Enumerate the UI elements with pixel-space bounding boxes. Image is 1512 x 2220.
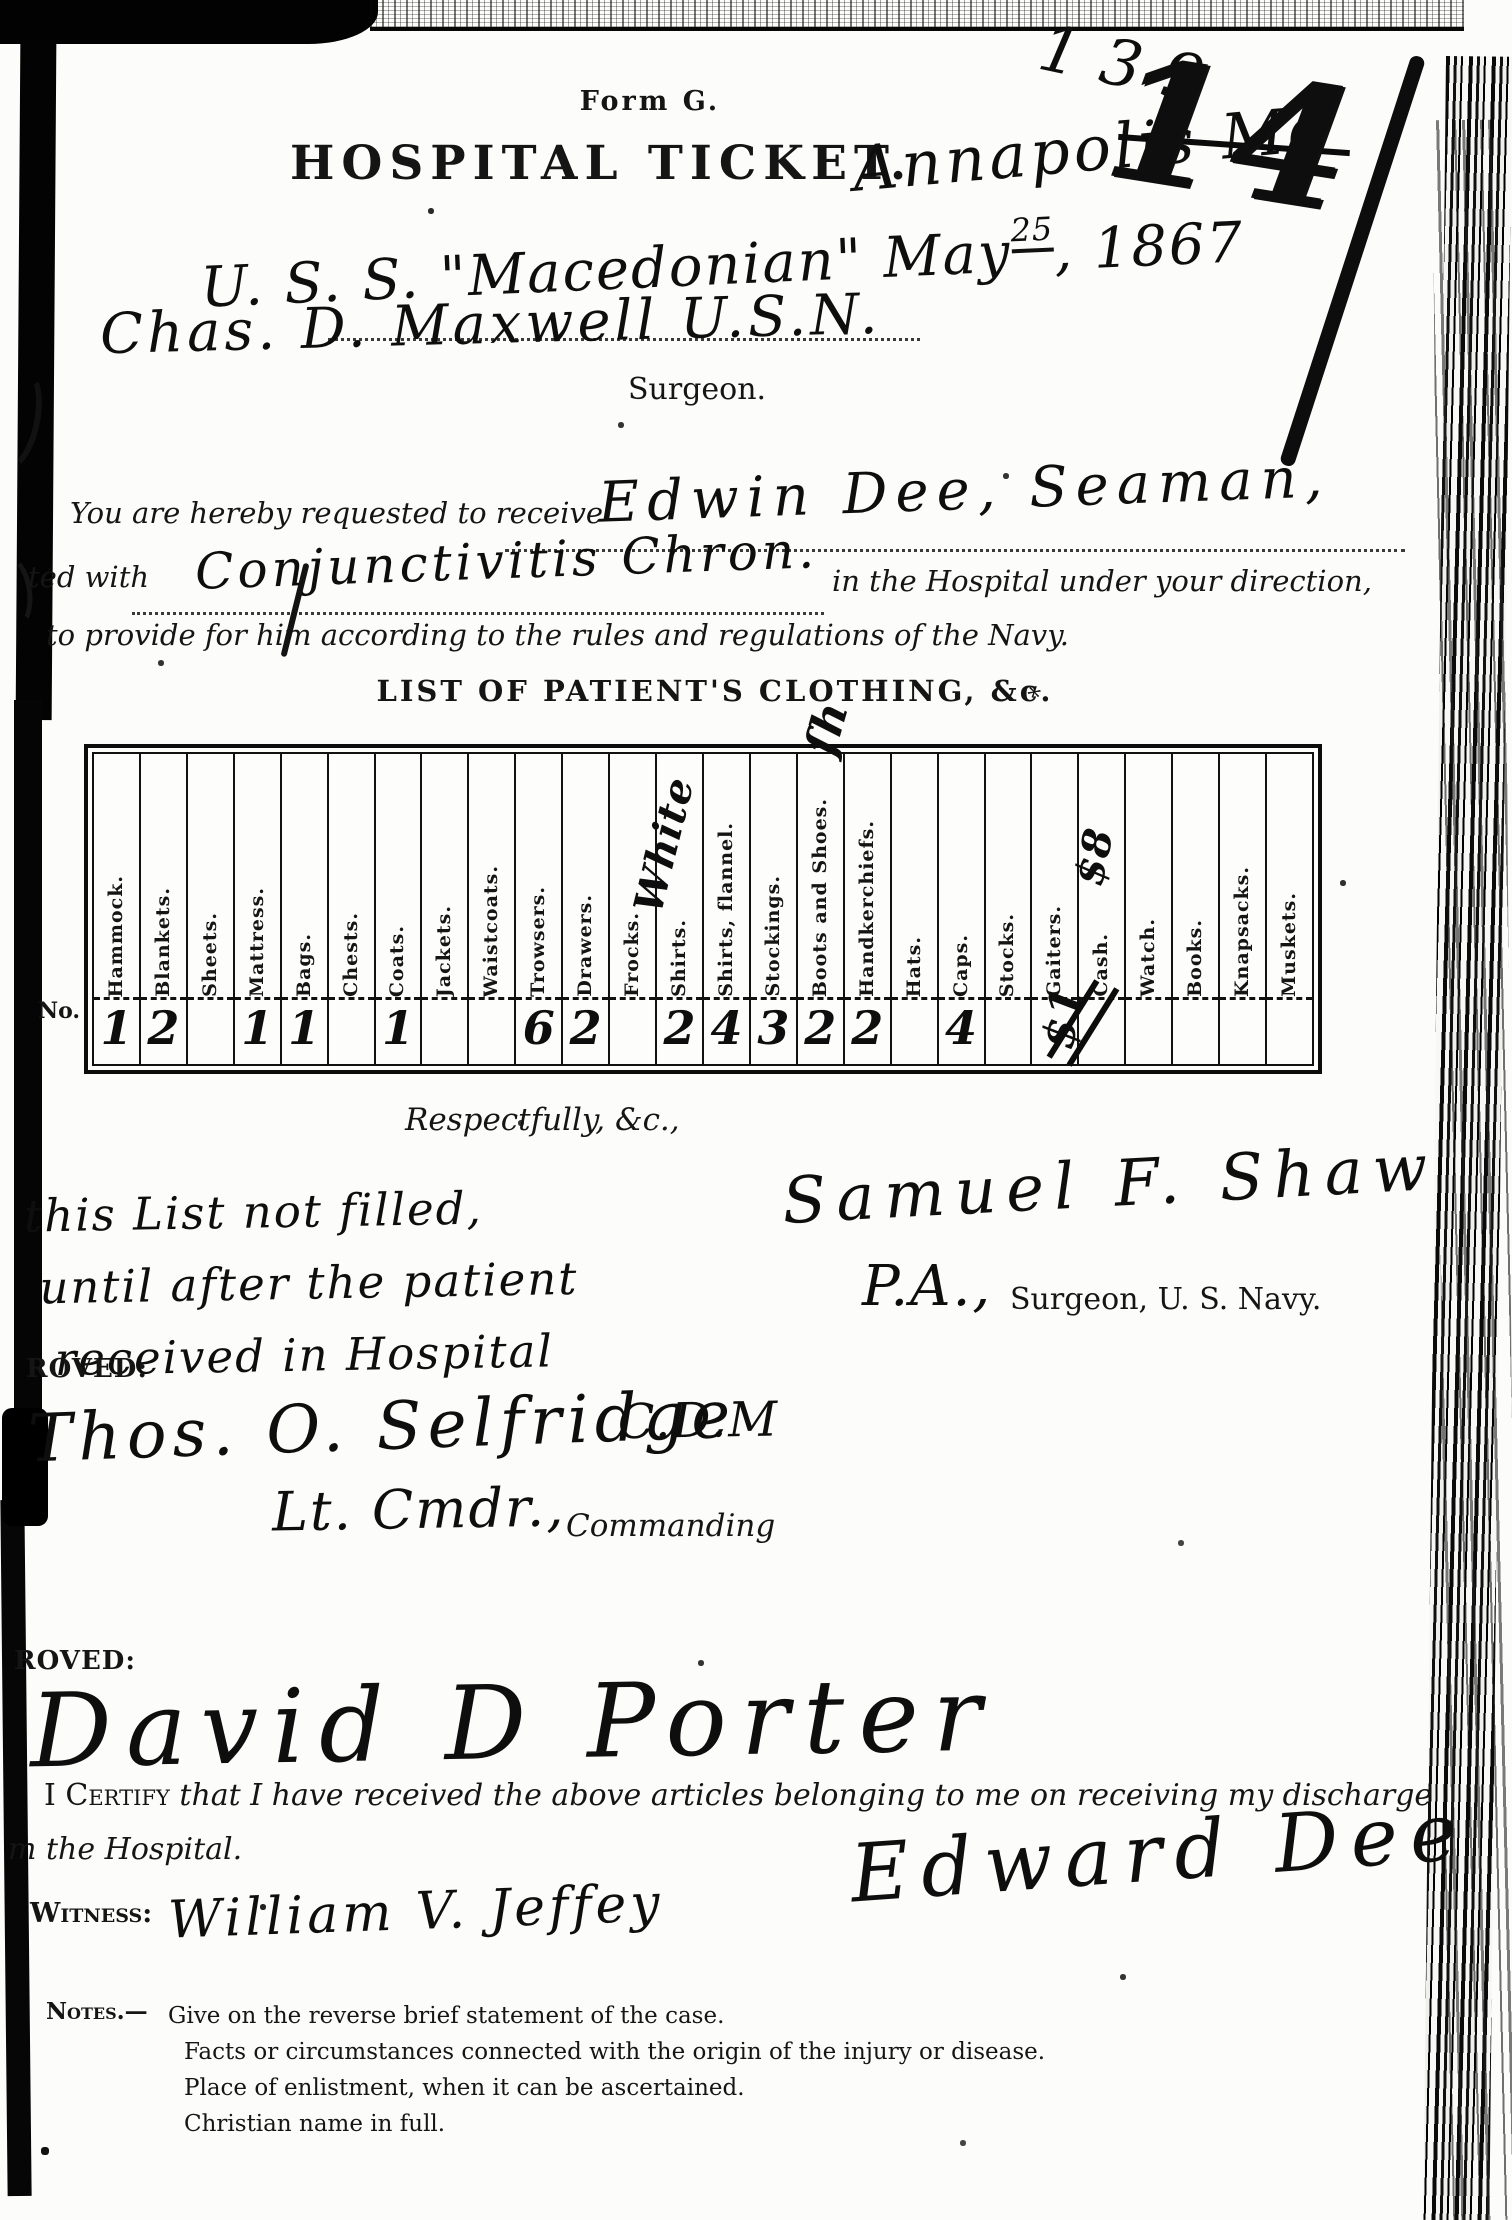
request-line3: to provide for him according to the rule… [46,618,1069,652]
clothing-column-value [1173,997,1218,1064]
clothing-table-columns: Hammock. 1 Blankets. 2 Sheets. [92,752,1314,1066]
surgeon-rank-handwritten: P.A., [862,1254,992,1319]
form-label: Form G. [520,86,780,117]
clothing-column: Books. [1173,754,1220,1064]
witness-signature: William V. Jeffey [167,1873,664,1950]
clothing-column-value [188,997,233,1064]
clothing-column-header: Stocks. [986,754,1031,997]
clothing-column: Knapsacks. [1220,754,1267,1064]
clothing-column: Coats. 1 [376,754,423,1064]
clothing-column-label: Mattress. [248,881,267,997]
notes-line: Christian name in full. [184,2106,1045,2142]
clothing-column: Stockings. 3 [751,754,798,1064]
clothing-column-header: Jackets. [422,754,467,997]
clothing-column-value: 1 [94,997,139,1064]
page-title: HOSPITAL TICKET. [290,136,913,191]
clothing-column-label: Drawers. [576,888,595,997]
clothing-column-header: Sheets. [188,754,233,997]
approved-label: ROVED: [26,1354,148,1384]
clothing-column-label: Stockings. [764,869,783,997]
clothing-table: Hammock. 1 Blankets. 2 Sheets. [84,744,1322,1074]
fill-in-line [132,612,824,615]
page-edges-band-overlay [1433,120,1512,2220]
clothing-column-header: Blankets. [141,754,186,997]
clothing-column-header: Drawers. [563,754,608,997]
clothing-column-header: Coats. [376,754,421,997]
request-line1-printed: You are hereby requested to receive [70,496,603,530]
clothing-column-value: 1 [376,997,421,1064]
clothing-column-header: Handkerchiefs. [845,754,890,997]
clothing-column-value [1126,997,1171,1064]
notes-label: Notes.— [46,1998,148,2025]
clothing-column-value: 1 [282,997,327,1064]
clothing-column-value: 4 [704,997,749,1064]
clothing-column-label: Waistcoats. [482,859,501,997]
clothing-column: Jackets. [422,754,469,1064]
clothing-column: Bags. 1 [282,754,329,1064]
clothing-column-label: Trowsers. [529,880,548,997]
clothing-column-value: 2 [657,997,702,1064]
clothing-column-value [610,997,655,1064]
clothing-column-label: Caps. [952,928,971,997]
scan-corner-blob [0,0,378,44]
clothing-column-label: Jackets. [435,899,454,997]
clothing-column: Handkerchiefs. 2 [845,754,892,1064]
clothing-column-value: 2 [563,997,608,1064]
clothing-column-value: 3 [751,997,796,1064]
clothing-column-label: Shirts. [670,913,689,997]
clothing-column: Trowsers. 6 [516,754,563,1064]
clothing-column: Watch. [1126,754,1173,1064]
scan-noise-specks [0,0,2,2]
marginal-note-line: until after the patient [39,1239,778,1324]
clothing-column-label: Stocks. [998,907,1017,997]
clothing-column: Blankets. 2 [141,754,188,1064]
clothing-column-header: Knapsacks. [1220,754,1265,997]
table-row-label: No. [38,998,80,1024]
clothing-column-value: 4 [939,997,984,1064]
handwritten-patient-name: Edwin Dee, Seaman, [597,445,1331,536]
clothing-column-value: 2 [798,997,843,1064]
clothing-column-label: Handkerchiefs. [858,814,877,997]
clothing-column: Sheets. [188,754,235,1064]
clothing-column-header: Waistcoats. [469,754,514,997]
clothing-column: Muskets. [1267,754,1312,1064]
clothing-column: Chests. [329,754,376,1064]
notes-line: Facts or circumstances connected with th… [184,2034,1045,2070]
clothing-column: Drawers. 2 [563,754,610,1064]
clothing-column-label: Sheets. [201,906,220,997]
clothing-column-header: Watch. [1126,754,1171,997]
request-line2-prefix: ted with [28,560,149,594]
clothing-column-header: Books. [1173,754,1218,997]
clothing-column-label: Coats. [388,919,407,997]
clothing-column-value [469,997,514,1064]
date-month: May [882,220,1013,291]
surgeon-signature: Samuel F. Shaw [781,1131,1440,1239]
notes-lines: Give on the reverse brief statement of t… [168,1998,1045,2142]
notes-line: Place of enlistment, when it can be asce… [184,2070,1045,2106]
notes-line: Give on the reverse brief statement of t… [168,1998,1045,2034]
hospital-ticket-scan: Form G. HOSPITAL TICKET. Annapolis Md 13… [0,0,1512,2220]
clothing-column: Hammock. 1 [94,754,141,1064]
clothing-column-label: Watch. [1139,912,1158,997]
commander-rank-handwritten: Lt. Cmdr., [271,1475,565,1543]
clothing-column-label: Frocks. [623,906,642,997]
clothing-column: Caps. 4 [939,754,986,1064]
clothing-column-header: Bags. [282,754,327,997]
clothing-column-label: Hats. [905,930,924,997]
clothing-column-header: Shirts, flannel. [704,754,749,997]
clothing-column-label: Shirts, flannel. [717,816,736,997]
date-year: , 1867 [1053,210,1246,283]
clothing-column-label: Boots and Shoes. [811,792,830,997]
admiral-signature: David D Porter [29,1656,996,1792]
clothing-column-label: Bags. [295,927,314,997]
clothing-column-value: 2 [845,997,890,1064]
clothing-column-value [1220,997,1265,1064]
clothing-column-header: Hammock. [94,754,139,997]
clothing-column-label: Muskets. [1280,886,1299,997]
commander-rank-printed: Commanding [566,1508,775,1544]
clothing-column: Waistcoats. [469,754,516,1064]
date-day-superscript: 25 [1010,210,1055,254]
clothing-column-label: Books. [1186,913,1205,997]
surgeon-rank-printed: Surgeon, U. S. Navy. [1010,1282,1321,1317]
clothing-list-title: LIST OF PATIENT'S CLOTHING, &c. [360,674,1070,708]
clothing-column: Stocks. [986,754,1033,1064]
clothing-column-value [1267,997,1312,1064]
clothing-column-value [892,997,937,1064]
clothing-column: Boots and Shoes. 2 [798,754,845,1064]
clothing-column-header: Hats. [892,754,937,997]
certificate-line2: m the Hospital. [8,1832,242,1867]
clothing-column-header: Stockings. [751,754,796,997]
addressee-title: Surgeon. [628,372,766,407]
clothing-column: Shirts, flannel. 4 [704,754,751,1064]
clothing-column: Hats. [892,754,939,1064]
clothing-column-value: 1 [235,997,280,1064]
clothing-column-label: Knapsacks. [1233,860,1252,997]
clothing-column-header: Muskets. [1267,754,1312,997]
witness-label: Witness: [30,1898,152,1929]
clothing-column-header: Boots and Shoes. [798,754,843,997]
clothing-column-value [986,997,1031,1064]
clothing-column-header: Caps. [939,754,984,997]
certificate-lead: I Certify [44,1778,170,1813]
clothing-column-label: Blankets. [154,881,173,997]
clothing-column-label: Chests. [342,906,361,997]
handwritten-diagnosis: Conjunctivitis Chron. [194,521,819,601]
clothing-column-value [422,997,467,1064]
clothing-column-value [329,997,374,1064]
clothing-column-header: Trowsers. [516,754,561,997]
clothing-column-header: Mattress. [235,754,280,997]
clothing-column-value: 2 [141,997,186,1064]
marginal-note-line: this List not filled, [24,1167,777,1252]
respectfully-line: Respectfully, &c., [405,1102,680,1138]
scan-top-speckle-band [370,0,1464,31]
clothing-column-label: Hammock. [107,869,126,998]
clothing-column: Mattress. 1 [235,754,282,1064]
clothing-column-value: 6 [516,997,561,1064]
request-line2-suffix: in the Hospital under your direction, [832,564,1372,598]
clothing-column-header: Chests. [329,754,374,997]
